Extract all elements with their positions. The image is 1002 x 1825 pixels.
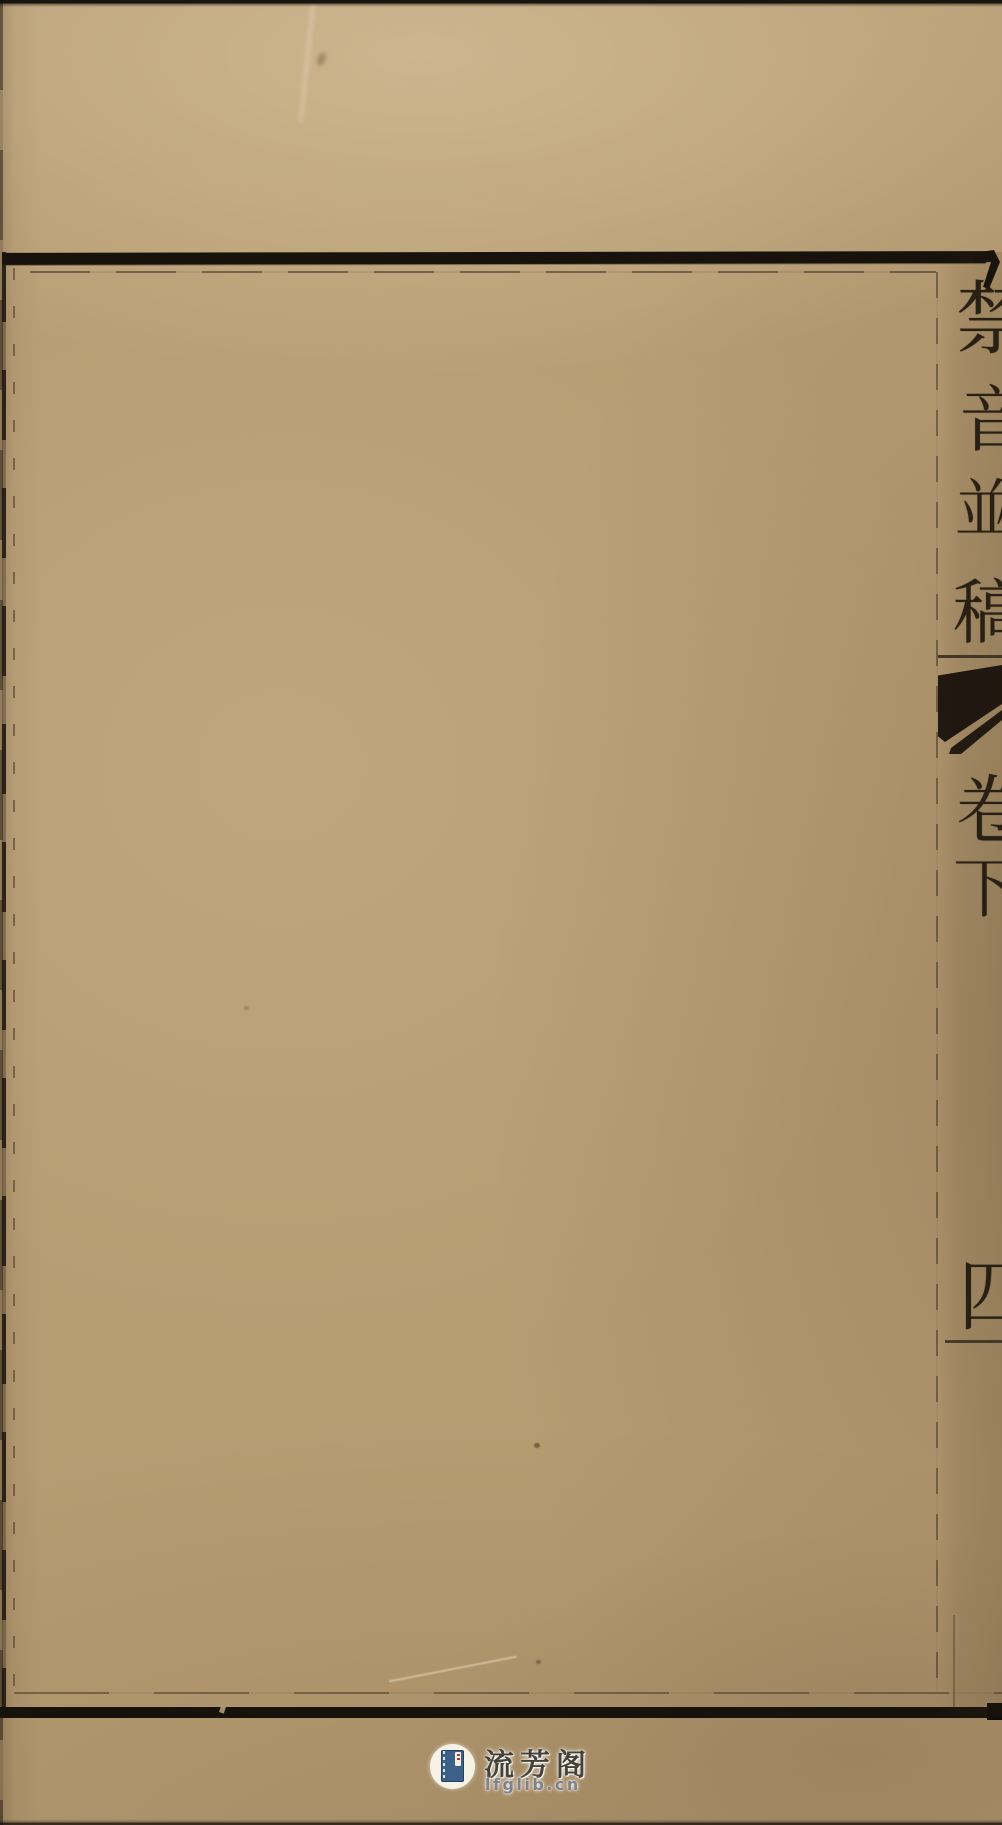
- scan-edge-left: [0, 0, 3, 1825]
- paper-stain: [244, 1006, 249, 1010]
- scan-edge-bottom: [0, 1819, 1002, 1825]
- frame-top-border: [2, 251, 986, 265]
- frame-bottom-inner-line: [14, 1692, 1002, 1694]
- paper-stain: [536, 1660, 541, 1664]
- paper-crease: [299, 0, 316, 122]
- scanned-book-page: 禁 音 並 稿 卷 下 四 流芳阁 lfglib.cn: [0, 0, 1002, 1825]
- frame-top-inner-line: [30, 271, 936, 273]
- watermark-logo-circle: [430, 1744, 475, 1789]
- scan-edge-top: [0, 0, 1002, 7]
- frame-bottom-border: [0, 1707, 1002, 1718]
- column-char: 音: [959, 384, 1002, 456]
- column-char: 禁: [956, 280, 1002, 360]
- column-char: 並: [955, 478, 1002, 540]
- frame-left-inner-line: [13, 268, 15, 1700]
- banxin-rule-lower: [945, 1340, 1002, 1343]
- paper-smudge: [316, 51, 327, 67]
- banxin-rule-upper: [938, 655, 1002, 658]
- column-char: 稿: [953, 578, 1002, 648]
- column-char: 下: [953, 856, 1002, 922]
- column-char: 四: [958, 1258, 1002, 1336]
- paper-stain: [534, 1443, 540, 1448]
- paper-scratch: [389, 1656, 517, 1683]
- banxin-title-column: 禁 音 並 稿 卷 下 四: [938, 250, 1002, 1716]
- book-icon: [441, 1750, 464, 1782]
- book-spine-stitches: [443, 1751, 445, 1781]
- book-title-label: [455, 1752, 461, 1766]
- watermark: 流芳阁 lfglib.cn: [430, 1742, 600, 1796]
- watermark-site-url: lfglib.cn: [485, 1775, 581, 1794]
- fishtail-mark-icon: [938, 662, 1002, 754]
- column-char: 卷: [956, 774, 1002, 848]
